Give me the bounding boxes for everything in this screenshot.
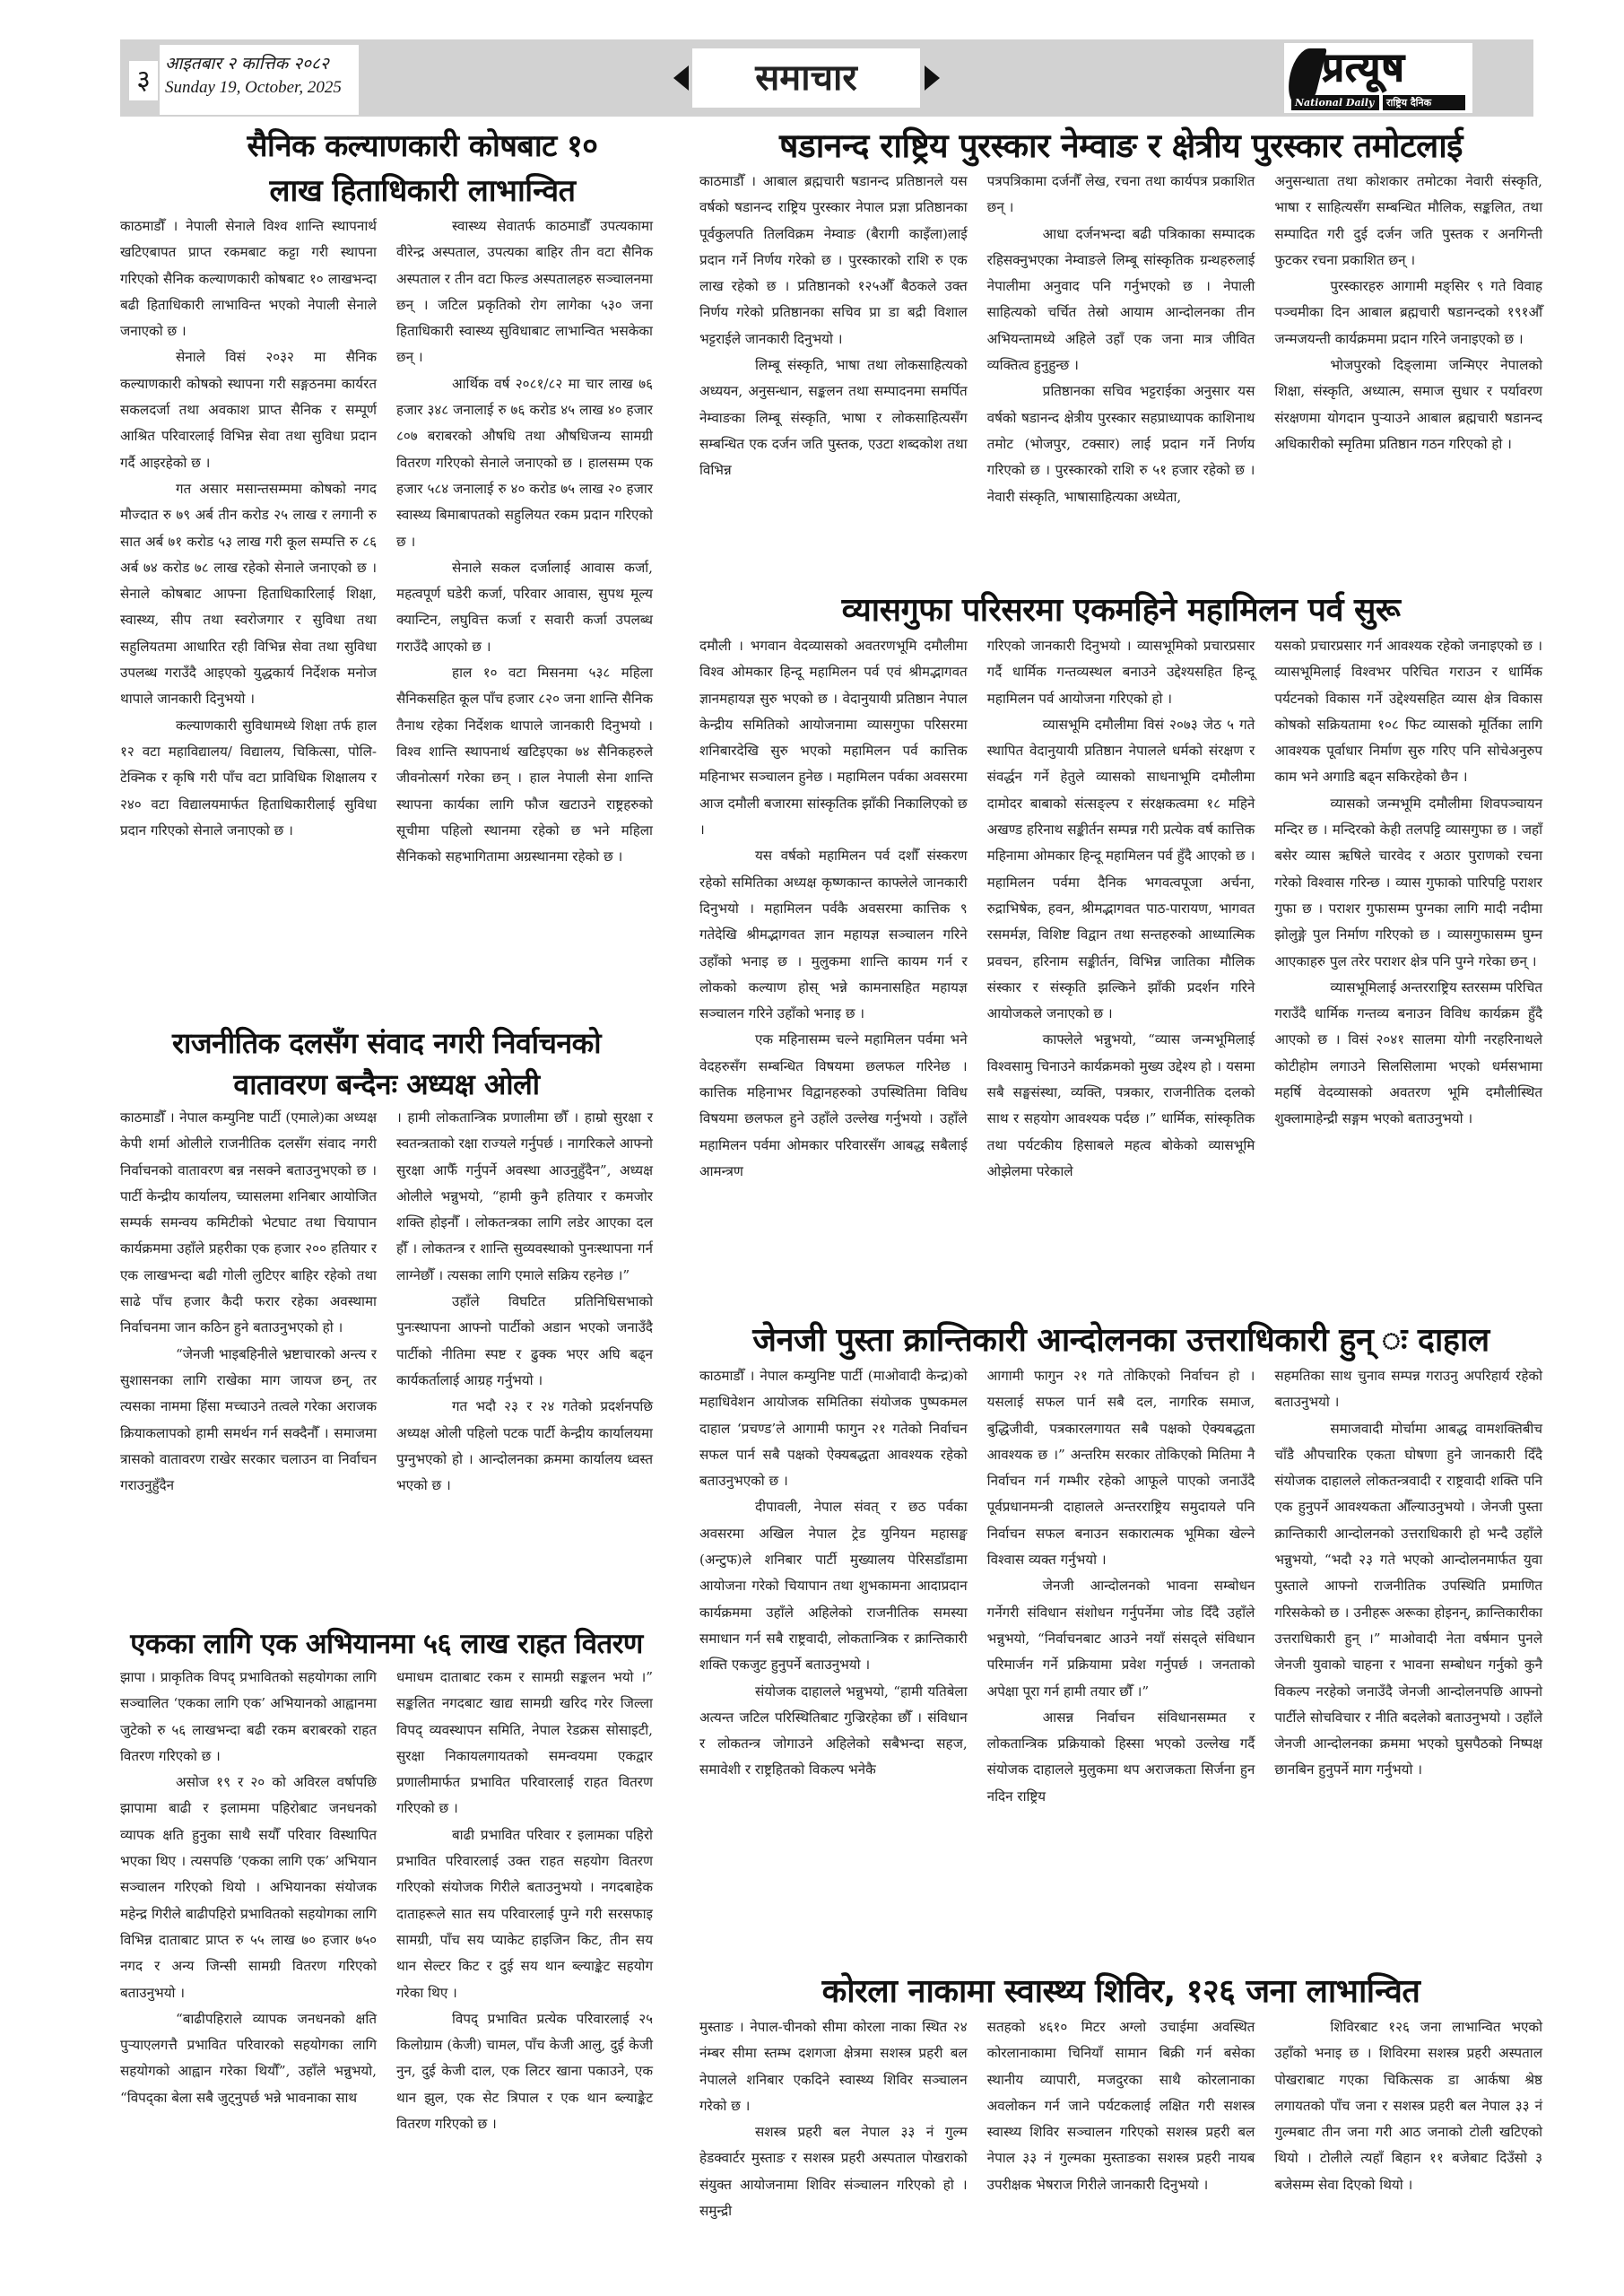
paragraph: गत भदौ २३ र २४ गतेको प्रदर्शनपछि अध्यक्ष… — [396, 1394, 653, 1499]
paragraph: पुरस्कारहरु आगामी मङ्सिर ९ गते विवाह पञ्… — [1274, 274, 1542, 352]
paragraph: गत असार मसान्तसम्ममा कोषको नगद मौज्दात र… — [120, 476, 377, 713]
paragraph: आधा दर्जनभन्दा बढी पत्रिकाका सम्पादक रहि… — [987, 222, 1255, 379]
paragraph: सतहको ४६१० मिटर अग्लो उचाईमा अवस्थित कोर… — [987, 2014, 1255, 2198]
newspaper-logo: प्रत्यूष National Daily राष्ट्रिय दैनिक — [1284, 43, 1472, 113]
paragraph: लिम्बू संस्कृति, भाषा तथा लोकसाहित्यको अ… — [699, 352, 968, 483]
article-column: स्वास्थ्य सेवातर्फ काठमाडौँ उपत्यकामा वी… — [396, 213, 653, 870]
date-nepali: आइतबार २ कात्तिक २०८२ — [165, 52, 353, 75]
paragraph: व्यासको जन्मभूमि दमौलीमा शिवपञ्चायन मन्द… — [1274, 791, 1542, 975]
triangle-right-icon — [925, 65, 940, 91]
article-columns: दमौली । भगवान वेदव्यासको अवतरणभूमि दमौली… — [699, 633, 1542, 1185]
paragraph: स्वास्थ्य सेवातर्फ काठमाडौँ उपत्यकामा वी… — [396, 213, 653, 371]
headline: जेनजी पुस्ता क्रान्तिकारी आन्दोलनका उत्त… — [699, 1318, 1542, 1363]
paragraph: मुस्ताङ । नेपाल-चीनको सीमा कोरला नाका स्… — [699, 2014, 968, 2119]
article-genz-dahal: जेनजी पुस्ता क्रान्तिकारी आन्दोलनका उत्त… — [699, 1318, 1542, 1810]
article-column: काठमाडौँ । आबाल ब्रह्मचारी षडानन्द प्रति… — [699, 169, 968, 510]
paragraph: शिविरबाट १२६ जना लाभान्वित भएको उहाँको भ… — [1274, 2014, 1542, 2198]
paragraph: अनुसन्धाता तथा कोशकार तमोटका नेवारी संस्… — [1274, 169, 1542, 274]
article-column: आगामी फागुन २१ गते तोकिएको निर्वाचन हो ।… — [987, 1363, 1255, 1810]
article-columns: काठमाडौँ । आबाल ब्रह्मचारी षडानन्द प्रति… — [699, 169, 1542, 510]
masthead: ३ आइतबार २ कात्तिक २०८२ Sunday 19, Octob… — [120, 39, 1533, 117]
paragraph: भोजपुरको दिङ्लामा जन्मिएर नेपालको शिक्षा… — [1274, 352, 1542, 457]
article-column: सतहको ४६१० मिटर अग्लो उचाईमा अवस्थित कोर… — [987, 2014, 1255, 2224]
logo-tagline-nepali: राष्ट्रिय दैनिक — [1383, 95, 1465, 110]
paragraph: सेनाले विसं २०३२ मा सैनिक कल्याणकारी कोष… — [120, 344, 377, 475]
paragraph: बाढी प्रभावित परिवार र इलामका पहिरो प्रभ… — [396, 1822, 653, 2006]
article-columns: काठमाडौँ । नेपाल कम्युनिष्ट पार्टी (एमाल… — [120, 1105, 653, 1499]
headline: षडानन्द राष्ट्रिय पुरस्कार नेम्वाङ र क्ष… — [699, 124, 1542, 169]
article-oli-nirvachan: राजनीतिक दलसँग संवाद नगरी निर्वाचनको वात… — [120, 1022, 653, 1499]
article-vyasgufa-mahamilan: व्यासगुफा परिसरमा एकमहिने महामिलन पर्व स… — [699, 588, 1542, 1185]
article-columns: झापा । प्राकृतिक विपद् प्रभावितको सहयोगक… — [120, 1665, 653, 2137]
article-column: काठमाडौँ । नेपाली सेनाले विश्व शान्ति स्… — [120, 213, 377, 870]
article-shadanand-puraskar: षडानन्द राष्ट्रिय पुरस्कार नेम्वाङ र क्ष… — [699, 124, 1542, 510]
article-columns: मुस्ताङ । नेपाल-चीनको सीमा कोरला नाका स्… — [699, 2014, 1542, 2224]
headline: कोरला नाकामा स्वास्थ्य शिविर, १२६ जना ला… — [699, 1970, 1542, 2014]
paragraph: असोज १९ र २० को अविरल वर्षापछि झापामा बा… — [120, 1770, 377, 2006]
article-sainik-kalyankari: सैनिक कल्याणकारी कोषबाट १० लाख हिताधिकार… — [120, 124, 653, 870]
article-column: काठमाडौँ । नेपाल कम्युनिष्ट पार्टी (एमाल… — [120, 1105, 377, 1499]
paragraph: “बाढीपहिराले व्यापक जनधनको क्षति पुऱ्याए… — [120, 2006, 377, 2111]
paragraph: कल्याणकारी सुविधामध्ये शिक्षा तर्फ हाल १… — [120, 713, 377, 844]
paragraph: यस वर्षको महामिलन पर्व दशौँ संस्करण रहेक… — [699, 843, 968, 1027]
logo-tagline-english: National Daily — [1291, 95, 1379, 110]
paragraph: उहाँले विघटित प्रतिनिधिसभाको पुनःस्थापना… — [396, 1289, 653, 1394]
paragraph: सेनाले सकल दर्जालाई आवास कर्जा, महत्वपूर… — [396, 555, 653, 660]
paragraph: सशस्त्र प्रहरी बल नेपाल ३३ नं गुल्म हेडक… — [699, 2119, 968, 2224]
paragraph: काठमाडौँ । नेपाली सेनाले विश्व शान्ति स्… — [120, 213, 377, 344]
paragraph: काठमाडौँ । आबाल ब्रह्मचारी षडानन्द प्रति… — [699, 169, 968, 352]
article-column: काठमाडौँ । नेपाल कम्युनिष्ट पार्टी (माओव… — [699, 1363, 968, 1810]
paragraph: यसको प्रचारप्रसार गर्न आवश्यक रहेको जनाइ… — [1274, 633, 1542, 791]
article-column: यसको प्रचारप्रसार गर्न आवश्यक रहेको जनाइ… — [1274, 633, 1542, 1185]
article-column: दमौली । भगवान वेदव्यासको अवतरणभूमि दमौली… — [699, 633, 968, 1185]
paragraph: एक महिनासम्म चल्ने महामिलन पर्वमा भने वे… — [699, 1027, 968, 1185]
paragraph: । हामी लोकतान्त्रिक प्रणालीमा छौँ । हाम्… — [396, 1105, 653, 1289]
paragraph: जेनजी आन्दोलनको भावना सम्बोधन गर्नेगरी स… — [987, 1573, 1255, 1704]
paragraph: सहमतिका साथ चुनाव सम्पन्न गराउनु अपरिहार… — [1274, 1363, 1542, 1416]
paragraph: विपद् प्रभावित प्रत्येक परिवारलाई २५ किल… — [396, 2006, 653, 2137]
article-columns: काठमाडौँ । नेपाली सेनाले विश्व शान्ति स्… — [120, 213, 653, 870]
paragraph: हाल १० वटा मिसनमा ५३८ महिला सैनिकसहित कू… — [396, 660, 653, 870]
paragraph: धमाधम दाताबाट रकम र सामग्री सङ्कलन भयो ।… — [396, 1665, 653, 1822]
article-column: गरिएको जानकारी दिनुभयो । व्यासभूमिको प्र… — [987, 633, 1255, 1185]
paragraph: संयोजक दाहालले भन्नुभयो, “हामी यतिबेला अ… — [699, 1679, 968, 1784]
paragraph: दीपावली, नेपाल संवत् र छठ पर्वका अवसरमा … — [699, 1494, 968, 1678]
article-column: धमाधम दाताबाट रकम र सामग्री सङ्कलन भयो ।… — [396, 1665, 653, 2137]
headline: एकका लागि एक अभियानमा ५६ लाख राहत वितरण — [120, 1623, 653, 1665]
article-column: सहमतिका साथ चुनाव सम्पन्न गराउनु अपरिहार… — [1274, 1363, 1542, 1810]
date-english: Sunday 19, October, 2025 — [165, 75, 353, 100]
paragraph: दमौली । भगवान वेदव्यासको अवतरणभूमि दमौली… — [699, 633, 968, 843]
headline: सैनिक कल्याणकारी कोषबाट १० लाख हिताधिकार… — [120, 124, 653, 213]
section-title: समाचार — [692, 48, 920, 108]
paragraph: “जेनजी भाइबहिनीले भ्रष्टाचारको अन्त्य र … — [120, 1342, 377, 1500]
triangle-left-icon — [673, 65, 689, 91]
article-column: मुस्ताङ । नेपाल-चीनको सीमा कोरला नाका स्… — [699, 2014, 968, 2224]
article-column: अनुसन्धाता तथा कोशकार तमोटका नेवारी संस्… — [1274, 169, 1542, 510]
headline: राजनीतिक दलसँग संवाद नगरी निर्वाचनको वात… — [120, 1022, 653, 1105]
paragraph: पत्रपत्रिकामा दर्जनौँ लेख, रचना तथा कार्… — [987, 169, 1255, 222]
article-columns: काठमाडौँ । नेपाल कम्युनिष्ट पार्टी (माओव… — [699, 1363, 1542, 1810]
article-column: पत्रपत्रिकामा दर्जनौँ लेख, रचना तथा कार्… — [987, 169, 1255, 510]
article-column: शिविरबाट १२६ जना लाभान्वित भएको उहाँको भ… — [1274, 2014, 1542, 2224]
article-ekka-lagi-ek: एकका लागि एक अभियानमा ५६ लाख राहत वितरण … — [120, 1623, 653, 2137]
paragraph: आसन्न निर्वाचन संविधानसम्मत र लोकतान्त्र… — [987, 1705, 1255, 1810]
paragraph: काफ्लेले भन्नुभयो, “व्यास जन्मभूमिलाई वि… — [987, 1027, 1255, 1185]
paragraph: गरिएको जानकारी दिनुभयो । व्यासभूमिको प्र… — [987, 633, 1255, 712]
article-korala-swasthya-shivir: कोरला नाकामा स्वास्थ्य शिविर, १२६ जना ला… — [699, 1970, 1542, 2224]
headline: व्यासगुफा परिसरमा एकमहिने महामिलन पर्व स… — [699, 588, 1542, 633]
paragraph: प्रतिष्ठानका सचिव भट्टराईका अनुसार यस वर… — [987, 378, 1255, 509]
logo-title: प्रत्यूष — [1322, 43, 1405, 93]
paragraph: काठमाडौँ । नेपाल कम्युनिष्ट पार्टी (माओव… — [699, 1363, 968, 1494]
page-number: ३ — [129, 61, 158, 100]
paragraph: झापा । प्राकृतिक विपद् प्रभावितको सहयोगक… — [120, 1665, 377, 1770]
paragraph: आगामी फागुन २१ गते तोकिएको निर्वाचन हो ।… — [987, 1363, 1255, 1573]
paragraph: आर्थिक वर्ष २०८१/८२ मा चार लाख ७६ हजार ३… — [396, 371, 653, 555]
article-column: । हामी लोकतान्त्रिक प्रणालीमा छौँ । हाम्… — [396, 1105, 653, 1499]
paragraph: व्यासभूमि दमौलीमा विसं २०७३ जेठ ५ गते स्… — [987, 712, 1255, 1028]
paragraph: समाजवादी मोर्चामा आबद्ध वामशक्तिबीच चाँड… — [1274, 1416, 1542, 1784]
paragraph: काठमाडौँ । नेपाल कम्युनिष्ट पार्टी (एमाल… — [120, 1105, 377, 1342]
paragraph: व्यासभूमिलाई अन्तरराष्ट्रिय स्तरसम्म परि… — [1274, 975, 1542, 1133]
date-box: आइतबार २ कात्तिक २०८२ Sunday 19, October… — [160, 45, 359, 115]
article-column: झापा । प्राकृतिक विपद् प्रभावितको सहयोगक… — [120, 1665, 377, 2137]
